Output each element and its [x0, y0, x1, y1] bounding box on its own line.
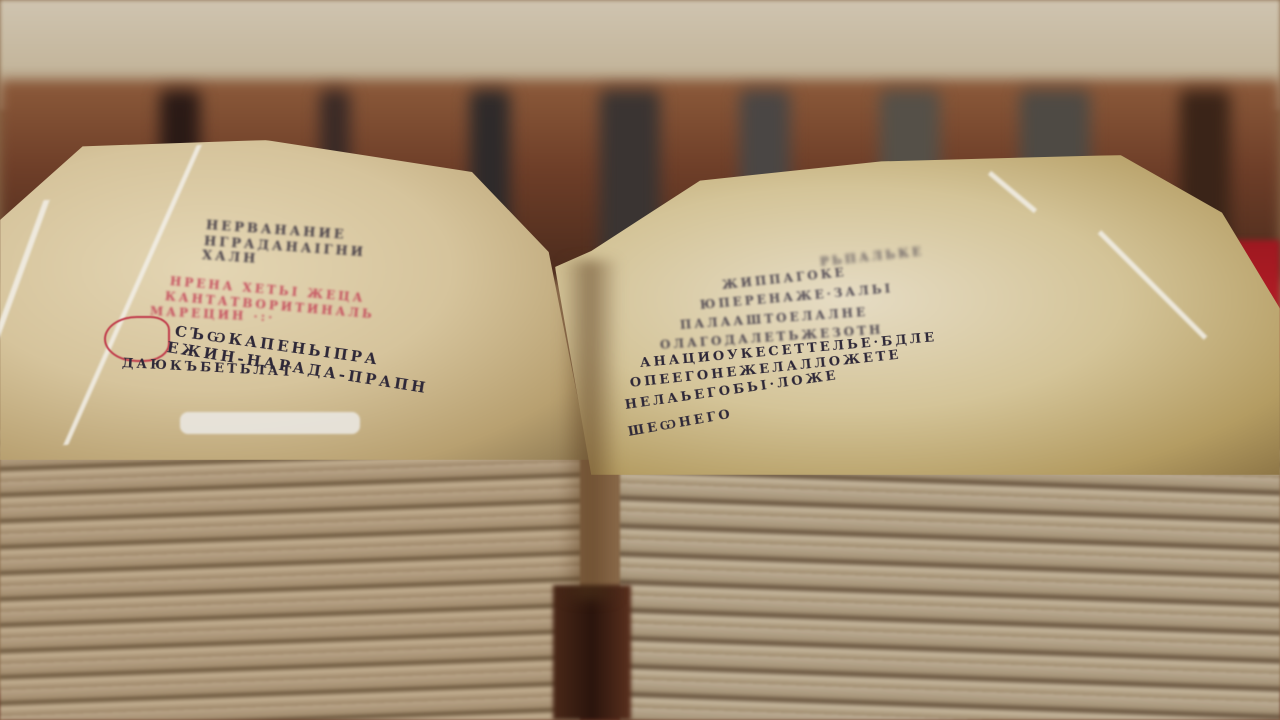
illuminated-initial [104, 316, 170, 362]
page-fold-shadow [560, 260, 620, 600]
right-page-stack [620, 450, 1280, 720]
manuscript-photo: НЕРВАНАНИЕ НГРАДАНАІГНИ ХАЛН НРЕНА ХЕТЬІ… [0, 0, 1280, 720]
left-page-stack [0, 430, 580, 720]
page-edge-highlight [180, 412, 360, 434]
book-gutter [553, 585, 631, 720]
